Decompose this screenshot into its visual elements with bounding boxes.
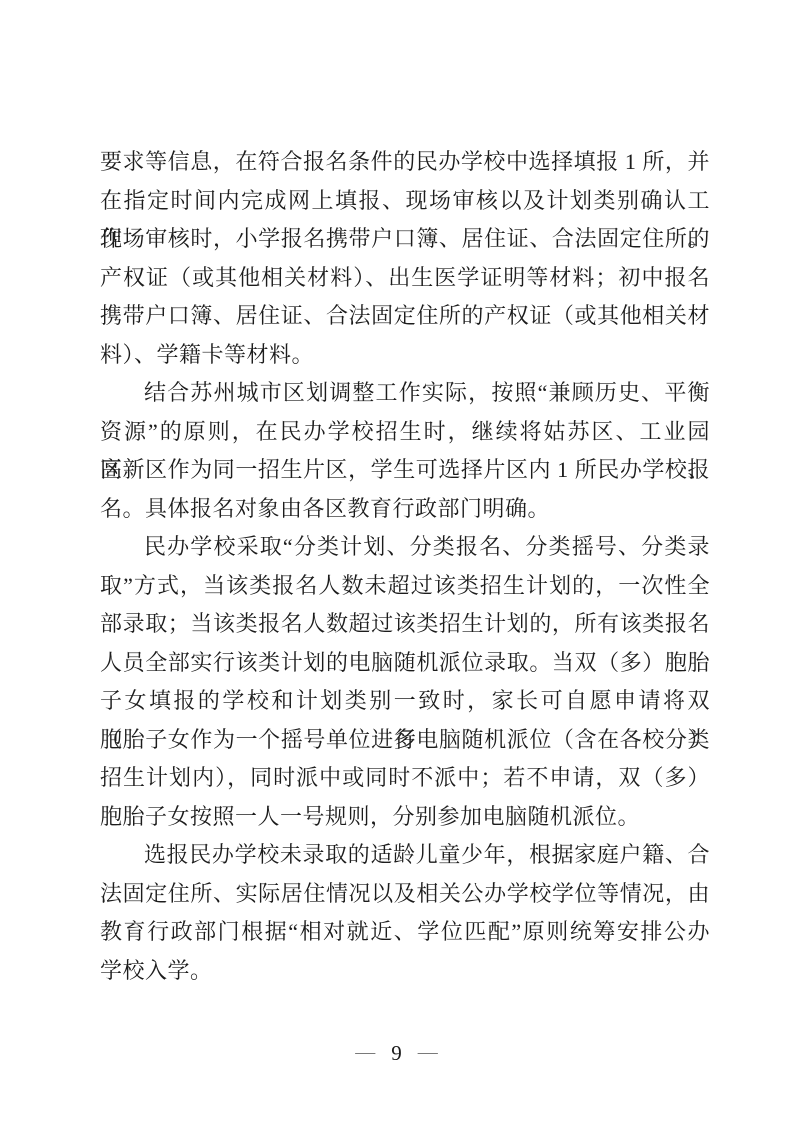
text-line: 在指定时间内完成网上填报、现场审核以及计划类别确认工作。 [100,182,710,221]
text-line: 要求等信息，在符合报名条件的民办学校中选择填报 1 所，并 [100,143,710,182]
text-line: 选报民办学校未录取的适龄儿童少年，根据家庭户籍、合 [100,836,710,875]
text-line: 部录取；当该类报名人数超过该类招生计划的，所有该类报名 [100,605,710,644]
text-line: 胞胎子女作为一个摇号单位进行电脑随机派位（含在各校分类 [100,721,710,760]
text-line: 名。具体报名对象由各区教育行政部门明确。 [100,490,710,529]
text-line: 携带户口簿、居住证、合法固定住所的产权证（或其他相关材 [100,297,710,336]
text-line: 民办学校采取“分类计划、分类报名、分类摇号、分类录 [100,528,710,567]
text-line: 料）、学籍卡等材料。 [100,336,710,375]
footer-dash-right: — [418,1041,438,1063]
footer-dash-left: — [355,1041,375,1063]
text-line: 高新区作为同一招生片区，学生可选择片区内 1 所民办学校报 [100,451,710,490]
page-footer: —9— [0,1038,793,1068]
text-line: 教育行政部门根据“相对就近、学位匹配”原则统筹安排公办 [100,913,710,952]
text-line: 学校入学。 [100,952,710,991]
text-line: 产权证（或其他相关材料）、出生医学证明等材料；初中报名 [100,259,710,298]
text-line: 招生计划内），同时派中或同时不派中；若不申请，双（多） [100,759,710,798]
page-number: 9 [391,1038,402,1068]
text-line: 资源”的原则，在民办学校招生时，继续将姑苏区、工业园区、 [100,413,710,452]
text-line: 胞胎子女按照一人一号规则，分别参加电脑随机派位。 [100,798,710,837]
text-line: 取”方式，当该类报名人数未超过该类招生计划的，一次性全 [100,567,710,606]
text-line: 结合苏州城市区划调整工作实际，按照“兼顾历史、平衡 [100,374,710,413]
text-line: 法固定住所、实际居住情况以及相关公办学校学位等情况，由 [100,875,710,914]
text-line: 子女填报的学校和计划类别一致时，家长可自愿申请将双（多） [100,682,710,721]
document-body: 要求等信息，在符合报名条件的民办学校中选择填报 1 所，并在指定时间内完成网上填… [100,143,710,990]
document-page: 要求等信息，在符合报名条件的民办学校中选择填报 1 所，并在指定时间内完成网上填… [0,0,793,1122]
text-line: 现场审核时，小学报名携带户口簿、居住证、合法固定住所的 [100,220,710,259]
text-line: 人员全部实行该类计划的电脑随机派位录取。当双（多）胞胎 [100,644,710,683]
